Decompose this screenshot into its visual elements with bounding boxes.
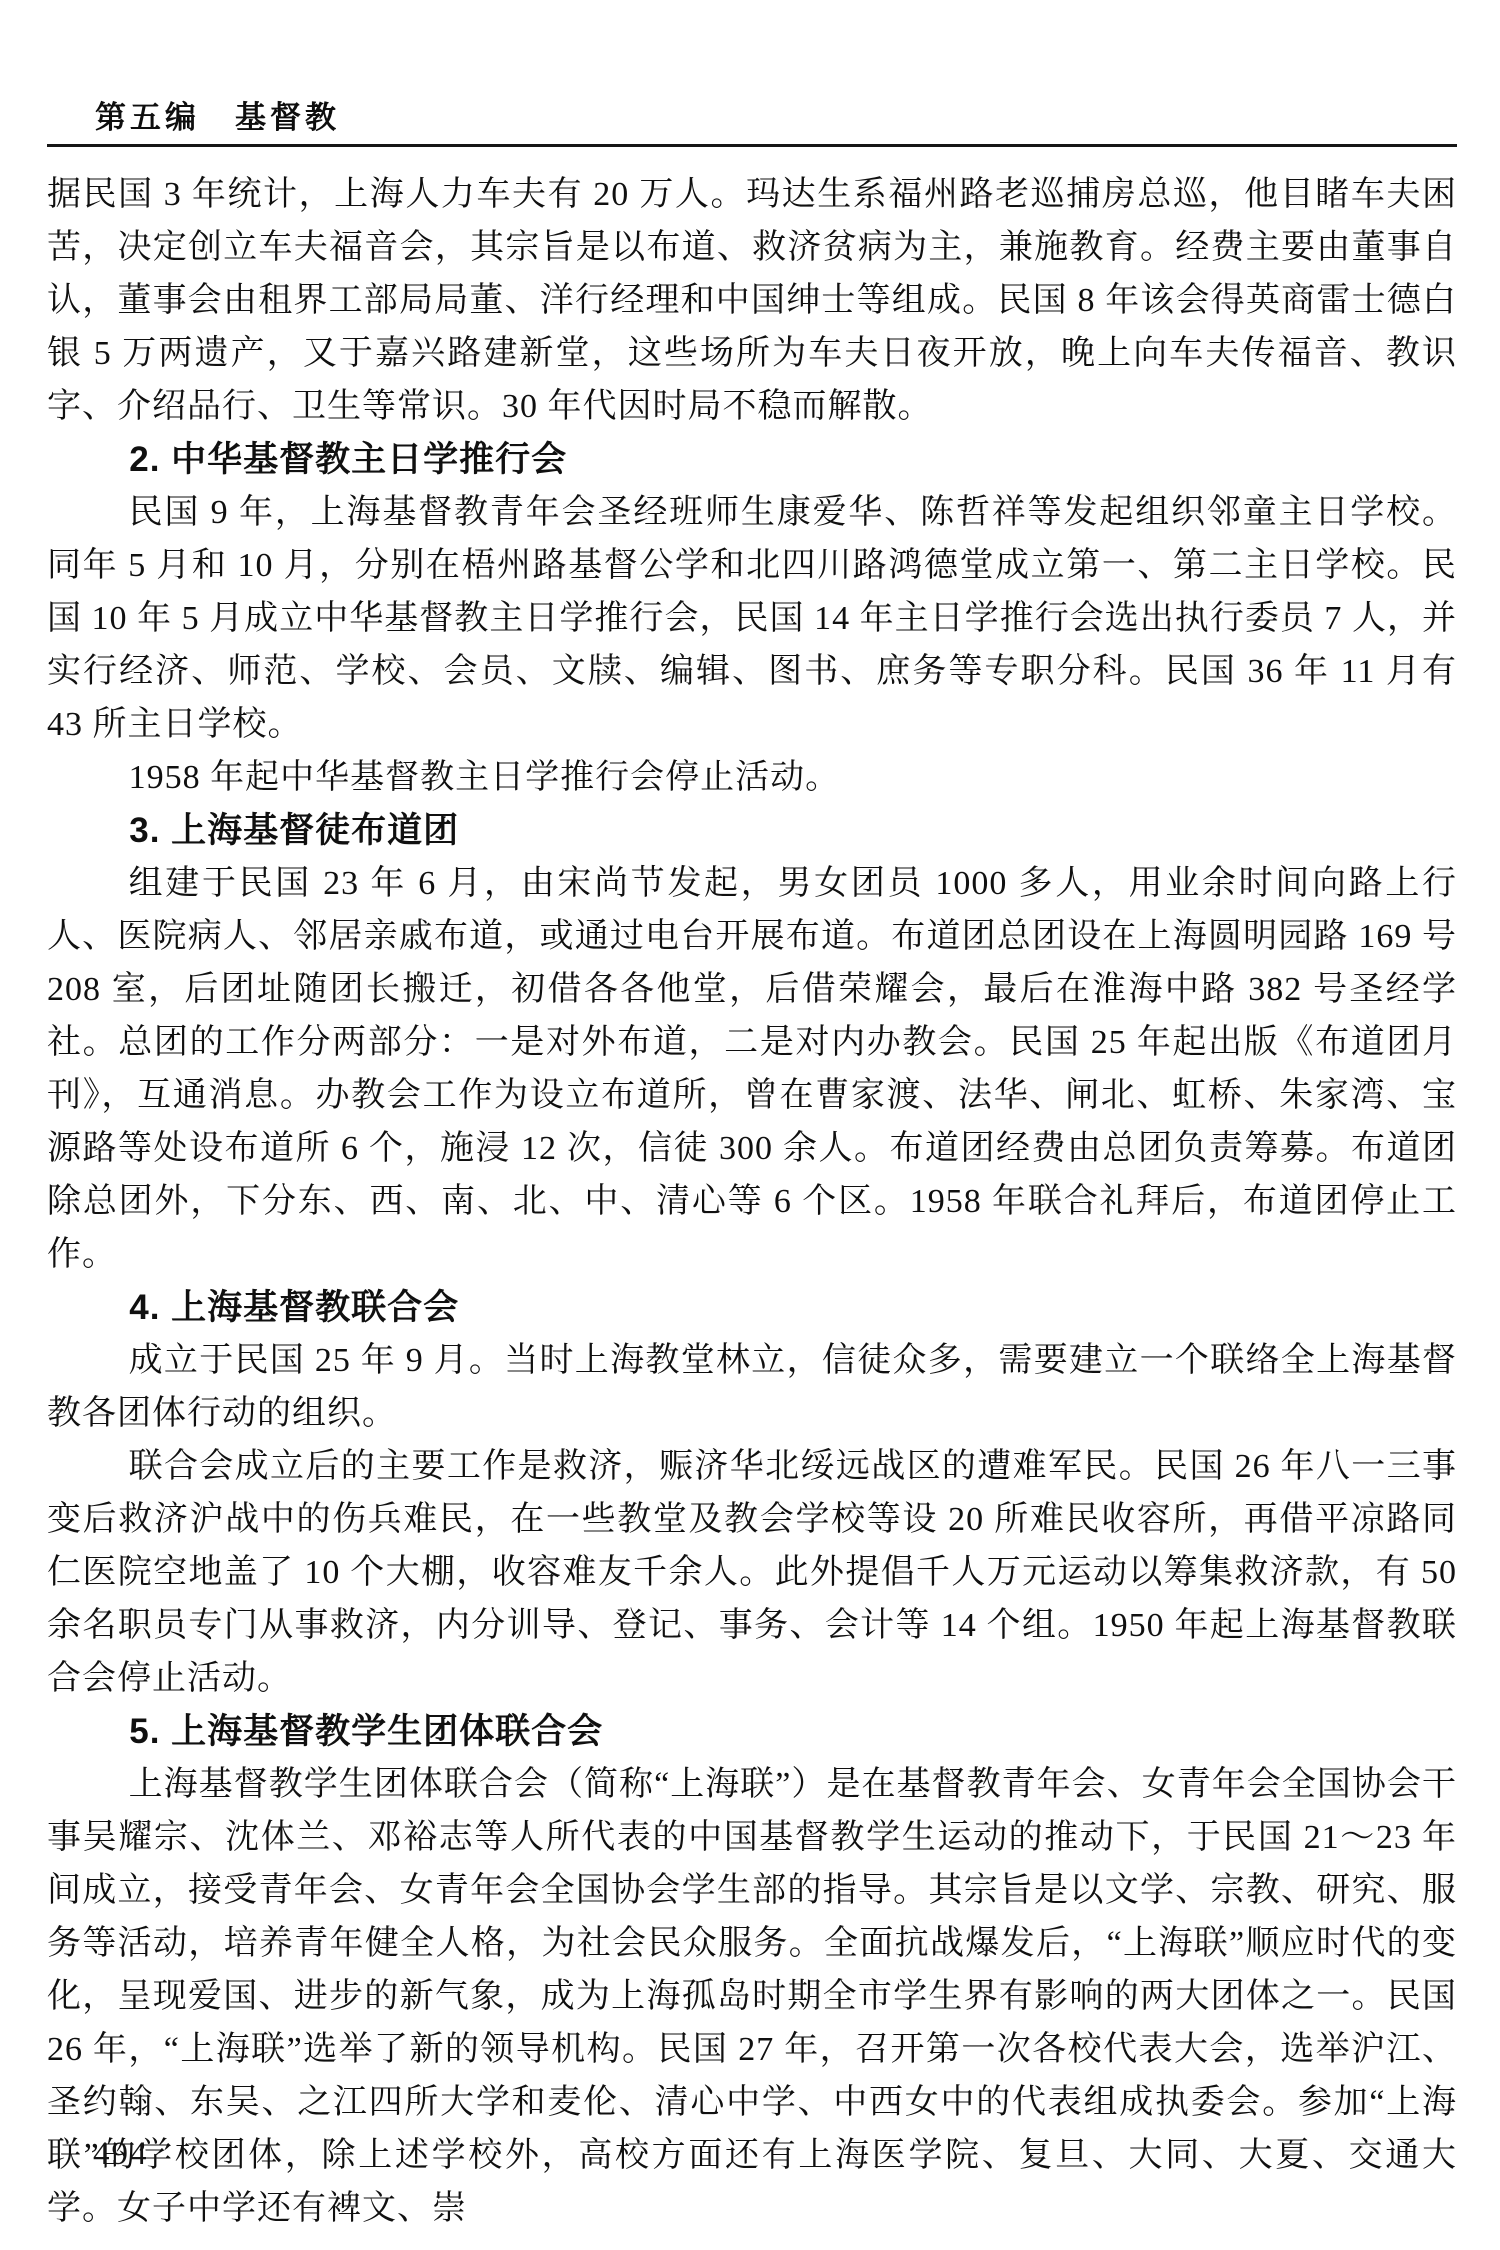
paragraph: 上海基督教学生团体联合会（简称“上海联”）是在基督教青年会、女青年会全国协会干事… [47,1758,1457,2235]
paragraph: 据民国 3 年统计，上海人力车夫有 20 万人。玛达生系福州路老巡捕房总巡，他目… [47,168,1457,433]
page-number: 494 [93,2136,149,2173]
section-heading: 4. 上海基督教联合会 [47,1281,1457,1334]
running-header: 第五编 基督教 [95,92,340,137]
section-heading: 3. 上海基督徒布道团 [47,804,1457,857]
paragraph: 民国 9 年，上海基督教青年会圣经班师生康爱华、陈哲祥等发起组织邻童主日学校。同… [47,486,1457,751]
book-page: 第五编 基督教 据民国 3 年统计，上海人力车夫有 20 万人。玛达生系福州路老… [0,0,1500,2250]
paragraph: 成立于民国 25 年 9 月。当时上海教堂林立，信徒众多，需要建立一个联络全上海… [47,1334,1457,1440]
section-heading: 5. 上海基督教学生团体联合会 [47,1705,1457,1758]
paragraph: 组建于民国 23 年 6 月，由宋尚节发起，男女团员 1000 多人，用业余时间… [47,857,1457,1281]
paragraph: 1958 年起中华基督教主日学推行会停止活动。 [47,751,1457,804]
paragraph: 联合会成立后的主要工作是救济，赈济华北绥远战区的遭难军民。民国 26 年八一三事… [47,1440,1457,1705]
header-divider [47,144,1457,147]
section-heading: 2. 中华基督教主日学推行会 [47,433,1457,486]
document-body: 据民国 3 年统计，上海人力车夫有 20 万人。玛达生系福州路老巡捕房总巡，他目… [47,168,1457,2235]
